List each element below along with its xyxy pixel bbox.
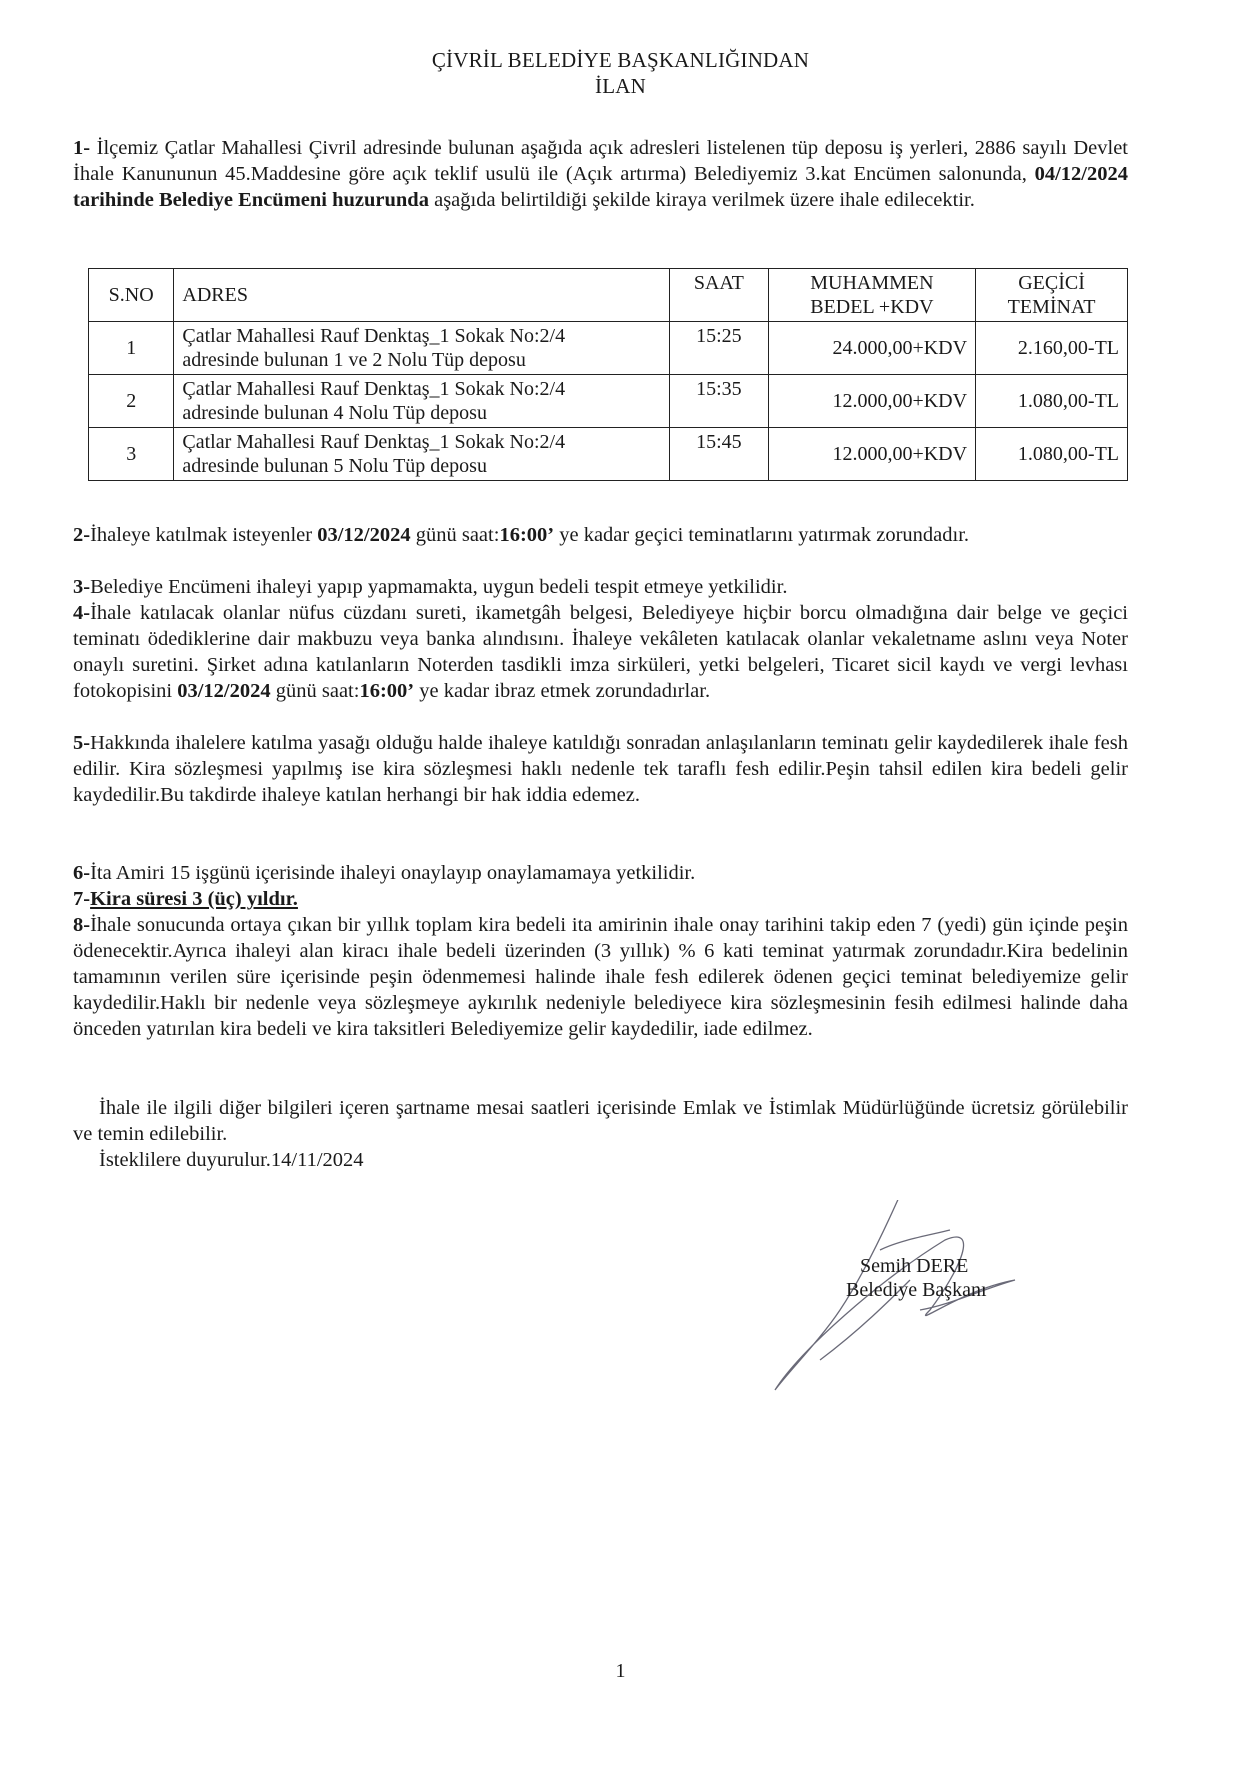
signatory-title: Belediye Başkanı: [846, 1278, 987, 1302]
cell-bedel: 24.000,00+KDV: [768, 322, 975, 375]
cell-sno: 2: [89, 375, 174, 428]
signature-block: Semih DERE Belediye Başkanı: [760, 1200, 1060, 1400]
cell-adres: Çatlar Mahallesi Rauf Denktaş_1 Sokak No…: [174, 322, 670, 375]
item-number: 1-: [73, 137, 90, 159]
item-7: 7-Kira süresi 3 (üç) yıldır.: [73, 886, 1128, 912]
cell-saat: 15:25: [670, 322, 769, 375]
col-saat: SAAT: [670, 269, 769, 322]
item-2: 2-İhaleye katılmak isteyenler 03/12/2024…: [73, 522, 1128, 548]
col-bedel: MUHAMMENBEDEL +KDV: [768, 269, 975, 322]
item-3: 3-Belediye Encümeni ihaleyi yapıp yapmam…: [73, 574, 1128, 600]
cell-teminat: 2.160,00-TL: [976, 322, 1128, 375]
item-8: 8-İhale sonucunda ortaya çıkan bir yıllı…: [73, 912, 1128, 1042]
cell-saat: 15:35: [670, 375, 769, 428]
cell-teminat: 1.080,00-TL: [976, 428, 1128, 481]
table-row: 2Çatlar Mahallesi Rauf Denktaş_1 Sokak N…: [89, 375, 1128, 428]
cell-adres: Çatlar Mahallesi Rauf Denktaş_1 Sokak No…: [174, 428, 670, 481]
table-row: 1Çatlar Mahallesi Rauf Denktaş_1 Sokak N…: [89, 322, 1128, 375]
cell-bedel: 12.000,00+KDV: [768, 375, 975, 428]
item-text: aşağıda belirtildiği şekilde kiraya veri…: [429, 189, 975, 211]
notice-title: İLAN: [0, 74, 1241, 99]
item-text: İlçemiz Çatlar Mahallesi Çivril adresind…: [73, 137, 1128, 185]
item-1: 1- İlçemiz Çatlar Mahallesi Çivril adres…: [73, 135, 1128, 213]
cell-sno: 1: [89, 322, 174, 375]
col-adres: ADRES: [174, 269, 670, 322]
closing-paragraph: İhale ile ilgili diğer bilgileri içeren …: [73, 1095, 1128, 1147]
tender-table: S.NO ADRES SAAT MUHAMMENBEDEL +KDV GEÇİC…: [88, 268, 1128, 481]
cell-teminat: 1.080,00-TL: [976, 375, 1128, 428]
item-4: 4-İhale katılacak olanlar nüfus cüzdanı …: [73, 600, 1128, 704]
cell-bedel: 12.000,00+KDV: [768, 428, 975, 481]
signatory-name: Semih DERE: [860, 1254, 968, 1278]
item-6: 6-İta Amiri 15 işgünü içerisinde ihaleyi…: [73, 860, 1128, 886]
cell-saat: 15:45: [670, 428, 769, 481]
page-number: 1: [0, 1660, 1241, 1683]
announcement-date: İsteklilere duyurulur.14/11/2024: [73, 1147, 1128, 1173]
table-row: 3Çatlar Mahallesi Rauf Denktaş_1 Sokak N…: [89, 428, 1128, 481]
cell-adres: Çatlar Mahallesi Rauf Denktaş_1 Sokak No…: [174, 375, 670, 428]
col-teminat: GEÇİCİTEMİNAT: [976, 269, 1128, 322]
col-sno: S.NO: [89, 269, 174, 322]
cell-sno: 3: [89, 428, 174, 481]
issuer-title: ÇİVRİL BELEDİYE BAŞKANLIĞINDAN: [0, 48, 1241, 73]
table-header-row: S.NO ADRES SAAT MUHAMMENBEDEL +KDV GEÇİC…: [89, 269, 1128, 322]
item-5: 5-Hakkında ihalelere katılma yasağı oldu…: [73, 730, 1128, 808]
